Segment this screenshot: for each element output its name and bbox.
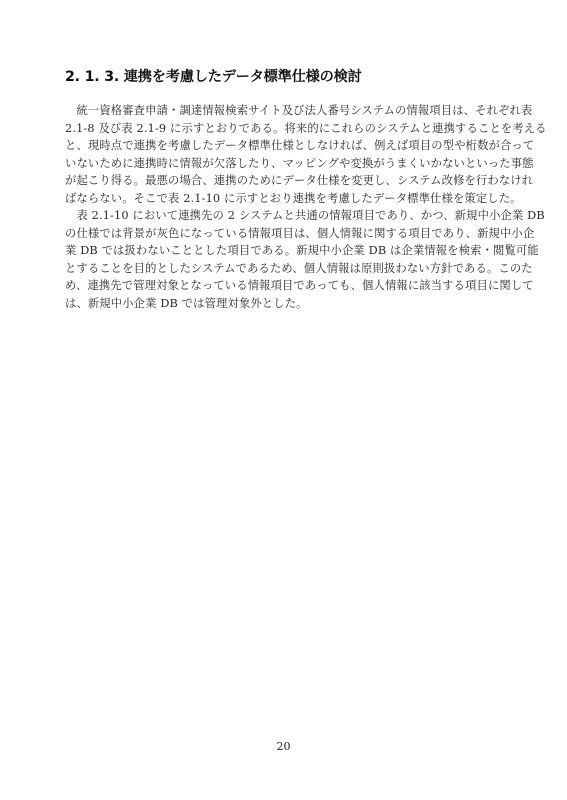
body-line: 業 DB では扱わないこととした項目である。新規中小企業 DB は企業情報を検索… — [65, 242, 502, 259]
document-page: 2. 1. 3. 連携を考慮したデータ標準仕様の検討 統一資格審査申請・調達情報… — [0, 0, 567, 800]
body-line: と、現時点で連携を考慮したデータ標準仕様としなければ、例えば項目の型や桁数が合っ… — [65, 137, 502, 154]
body-line: 統一資格審査申請・調達情報検索サイト及び法人番号システムの情報項目は、それぞれ表 — [65, 102, 502, 119]
body-line: の仕様では背景が灰色になっている情報項目は、個人情報に関する項目であり、新規中小… — [65, 225, 502, 242]
body-line: は、新規中小企業 DB では管理対象外とした。 — [65, 295, 502, 312]
body-line: 2.1-8 及び表 2.1-9 に示すとおりである。将来的にこれらのシステムと連… — [65, 120, 502, 137]
section-heading: 2. 1. 3. 連携を考慮したデータ標準仕様の検討 — [65, 66, 505, 86]
body-line: が起こり得る。最悪の場合、連携のためにデータ仕様を変更し、システム改修を行わなけ… — [65, 172, 502, 189]
body-line: 表 2.1-10 において連携先の 2 システムと共通の情報項目であり、かつ、新… — [65, 207, 502, 224]
body-line: とすることを目的としたシステムであるため、個人情報は原則扱わない方針である。この… — [65, 260, 502, 277]
page-number: 20 — [0, 740, 567, 753]
body-line: いないために連携時に情報が欠落したり、マッピングや変換がうまくいかないといった事… — [65, 155, 502, 172]
body-line: ばならない。そこで表 2.1-10 に示すとおり連携を考慮したデータ標準仕様を策… — [65, 190, 502, 207]
body-line: め、連携先で管理対象となっている情報項目であっても、個人情報に該当する項目に関し… — [65, 277, 502, 294]
